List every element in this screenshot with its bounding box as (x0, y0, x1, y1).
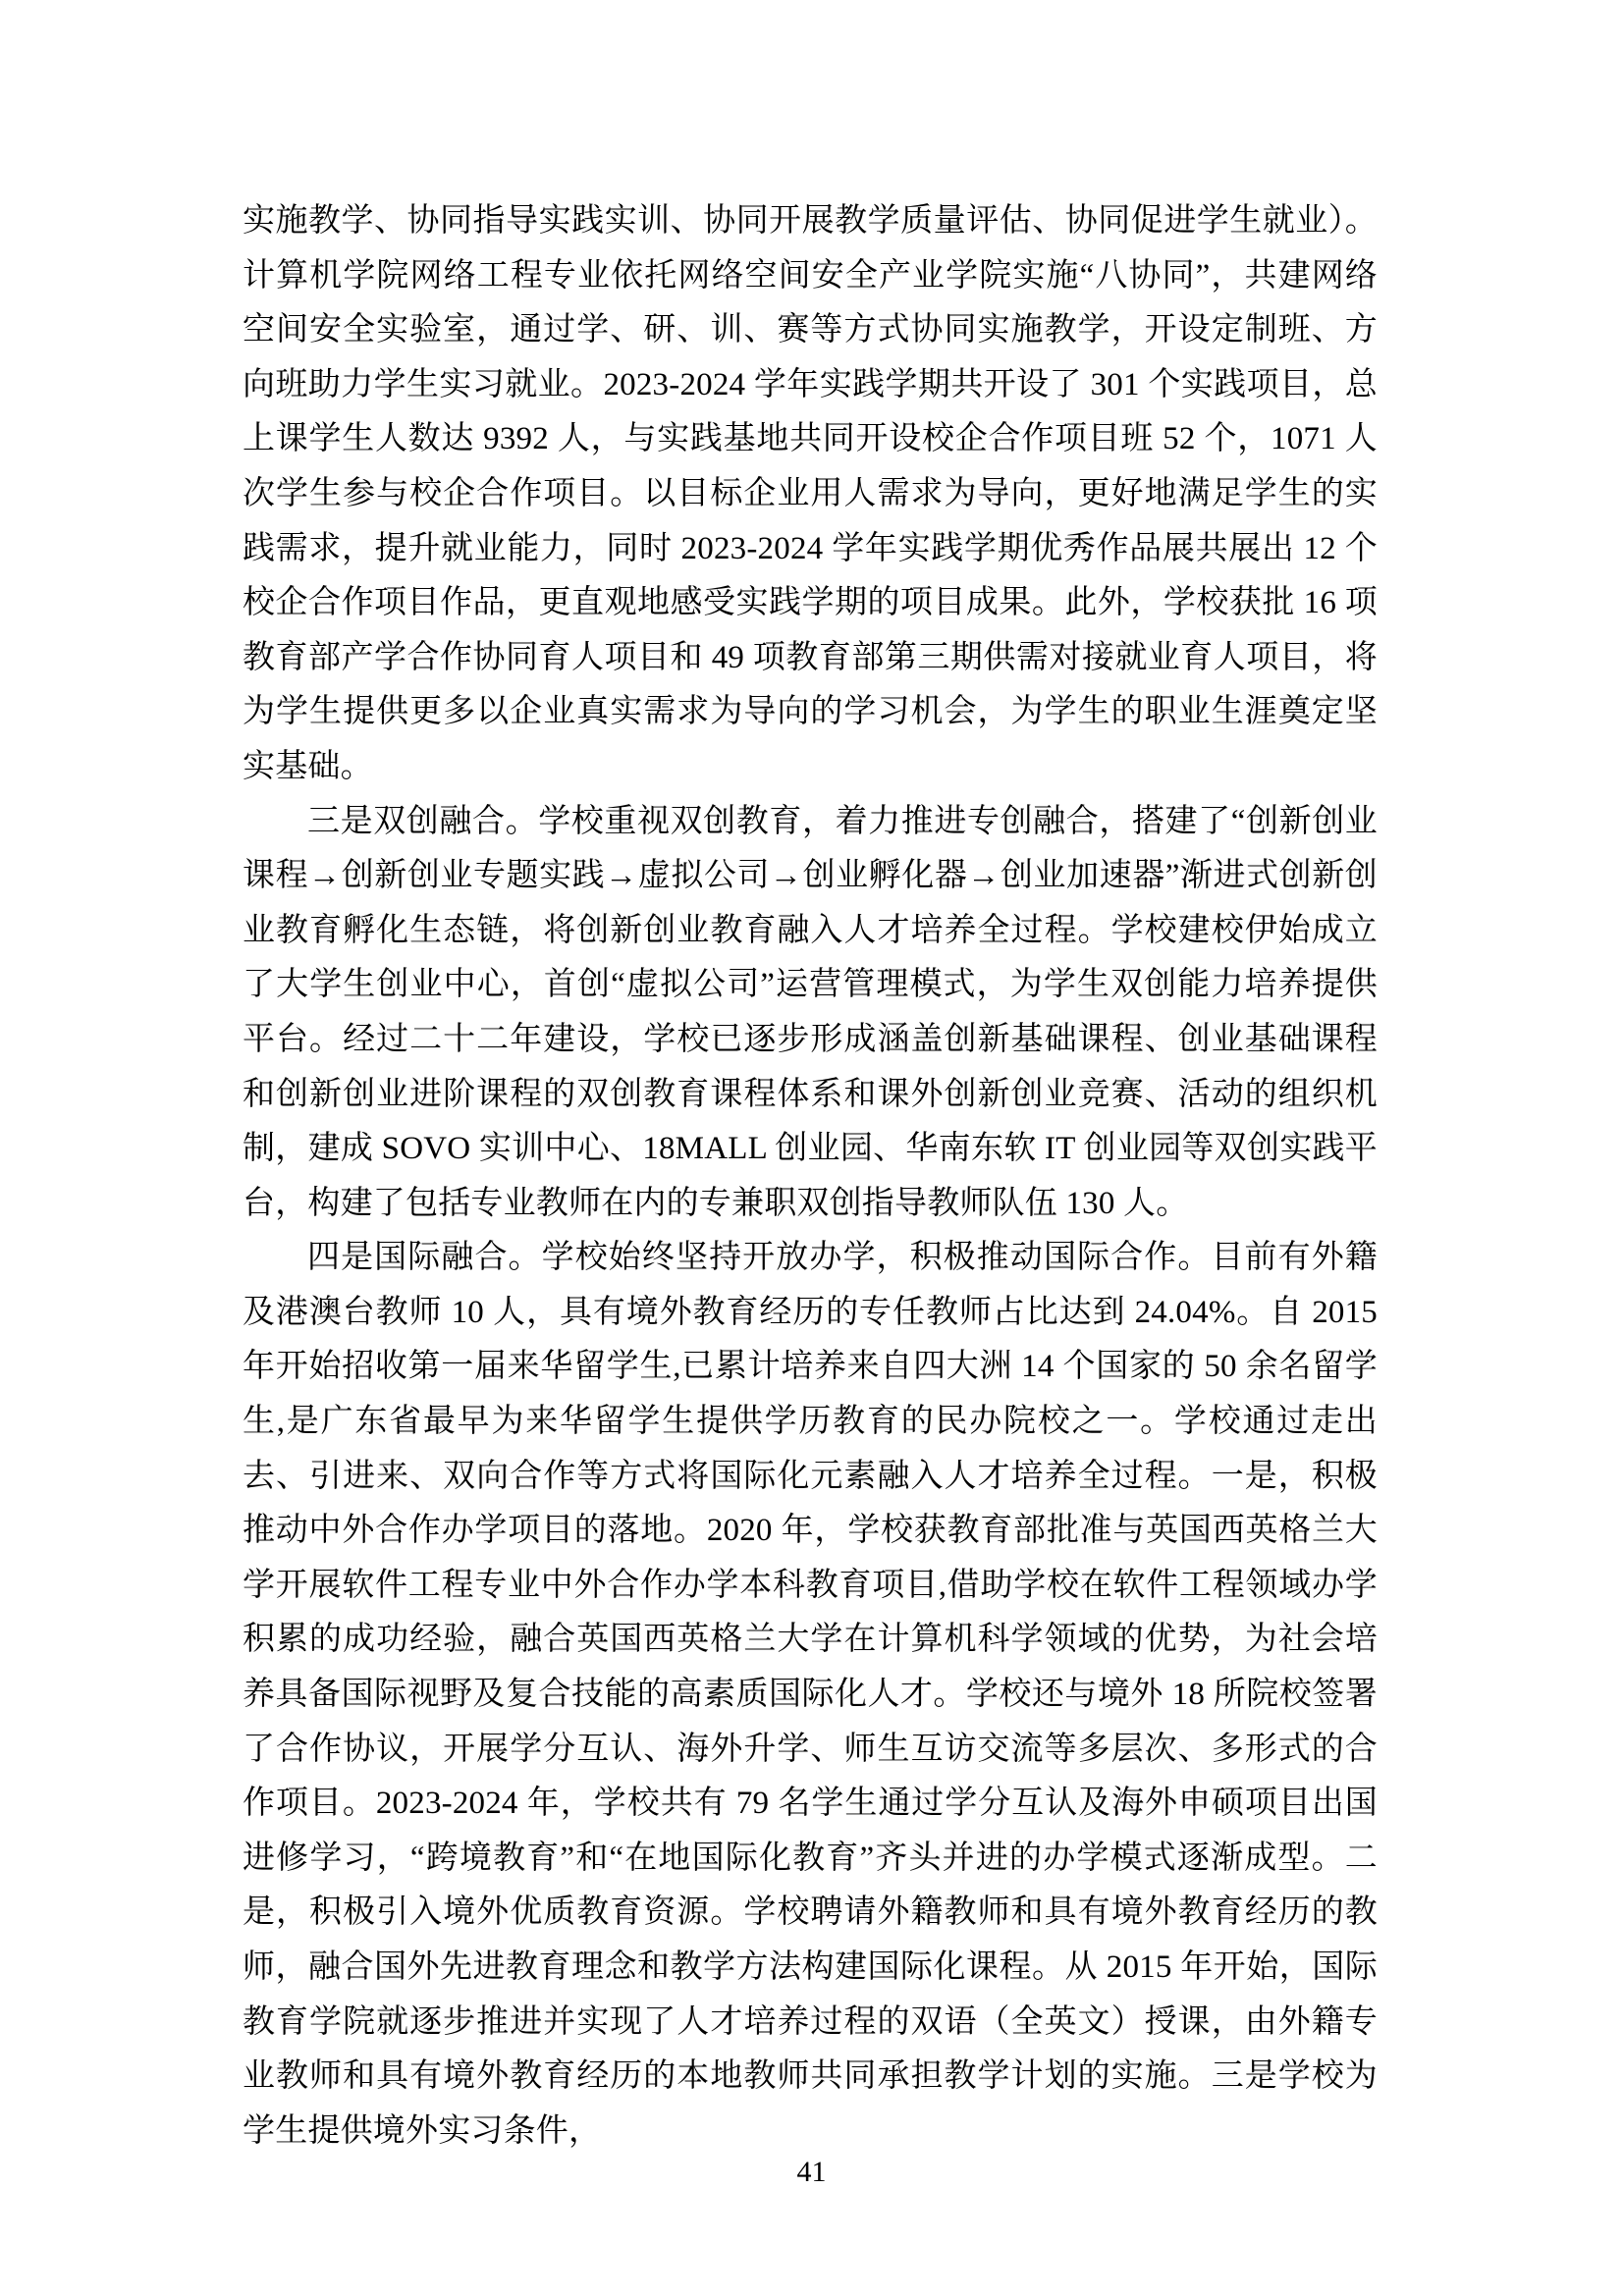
body-paragraph-continuation: 实施教学、协同指导实践实训、协同开展教学质量评估、协同促进学生就业）。计算机学院… (243, 194, 1378, 795)
body-paragraph-innovation-integration: 三是双创融合。学校重视双创教育，着力推进专创融合，搭建了“创新创业课程→创新创业… (243, 795, 1378, 1232)
body-paragraph-international-integration: 四是国际融合。学校始终坚持开放办学，积极推动国际合作。目前有外籍及港澳台教师 1… (243, 1231, 1378, 2159)
document-page: 实施教学、协同指导实践实训、协同开展教学质量评估、协同促进学生就业）。计算机学院… (0, 0, 1623, 2296)
page-text-block: 实施教学、协同指导实践实训、协同开展教学质量评估、协同促进学生就业）。计算机学院… (243, 194, 1378, 2159)
page-number: 41 (0, 2153, 1623, 2192)
